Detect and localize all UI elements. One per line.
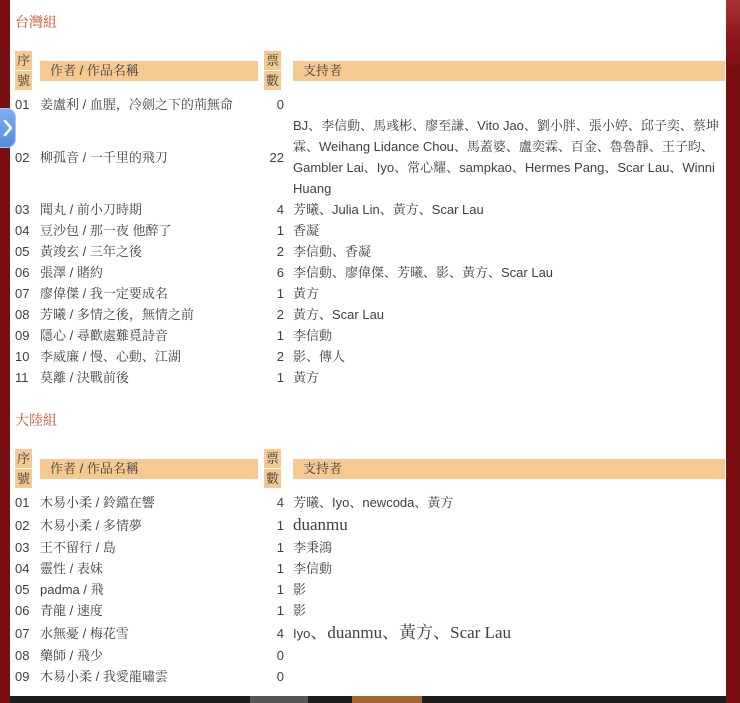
index-header-char: 號 bbox=[15, 469, 32, 488]
row-supporters: 芳曦、Julia Lin、黃方、Scar Lau bbox=[293, 199, 725, 220]
row-vote-count: 2 bbox=[264, 304, 284, 325]
row-vote-count: 4 bbox=[264, 199, 284, 220]
column-header-supporters: 支持者 bbox=[293, 61, 725, 81]
table-row: 06青龍 / 速度1影 bbox=[15, 600, 725, 621]
row-author-work: 木易小柔 / 我愛龍嘯雲 bbox=[40, 666, 264, 687]
row-vote-count: 1 bbox=[264, 600, 284, 621]
row-vote-count: 1 bbox=[264, 515, 284, 536]
column-header-index: 序號 bbox=[15, 449, 40, 489]
table-row: 09木易小柔 / 我愛龍嘯雲0 bbox=[15, 666, 725, 687]
column-header-index: 序號 bbox=[15, 51, 40, 91]
row-author-work: 黃竣玄 / 三年之後 bbox=[40, 241, 264, 262]
votes-header-char: 票 bbox=[264, 449, 281, 468]
row-vote-count: 2 bbox=[264, 241, 284, 262]
row-index: 07 bbox=[15, 623, 40, 644]
table-row: 07廖偉傑 / 我一定要成名1黃方 bbox=[15, 283, 725, 304]
row-author-work: 木易小柔 / 鈴鐺在響 bbox=[40, 492, 264, 513]
supporter-names: Iyo bbox=[293, 626, 310, 641]
row-author-work: 莫離 / 決戰前後 bbox=[40, 367, 264, 388]
row-supporters: Iyo、duanmu、黃方、Scar Lau bbox=[293, 621, 725, 645]
supporter-names: 影、傳人 bbox=[293, 349, 345, 364]
row-index: 10 bbox=[15, 346, 40, 367]
row-index: 01 bbox=[15, 94, 40, 115]
row-supporters: duanmu bbox=[293, 513, 725, 537]
row-author-work: 柳孤音 / 一千里的飛刀 bbox=[40, 147, 264, 168]
supporter-names: 李信動 bbox=[293, 328, 332, 343]
row-supporters: 李信動、香凝 bbox=[293, 241, 725, 262]
bottom-bar-orange-segment bbox=[352, 696, 422, 703]
author-header-bar: 作者 / 作品名稱 bbox=[40, 459, 258, 479]
supporter-names: 芳曦、Julia Lin、黃方、Scar Lau bbox=[293, 202, 484, 217]
row-index: 02 bbox=[15, 515, 40, 536]
supporter-names: 影 bbox=[293, 603, 306, 618]
row-author-work: 聞丸 / 前小刀時期 bbox=[40, 199, 264, 220]
row-index: 07 bbox=[15, 283, 40, 304]
table-row: 03王不留行 / 島1李秉鴻 bbox=[15, 537, 725, 558]
row-author-work: 廖偉傑 / 我一定要成名 bbox=[40, 283, 264, 304]
supporter-names: 香凝 bbox=[293, 223, 319, 238]
row-supporters: 黃方 bbox=[293, 283, 725, 304]
row-index: 06 bbox=[15, 262, 40, 283]
row-vote-count: 1 bbox=[264, 579, 284, 600]
row-vote-count: 6 bbox=[264, 262, 284, 283]
row-vote-count: 1 bbox=[264, 283, 284, 304]
row-index: 01 bbox=[15, 492, 40, 513]
row-author-work: 藥師 / 飛少 bbox=[40, 645, 264, 666]
group-title: 大陸組 bbox=[15, 388, 725, 430]
table-row: 09隱心 / 尋歡處難覓詩音1李信動 bbox=[15, 325, 725, 346]
supporter-names: 黃方 bbox=[293, 286, 319, 301]
row-index: 06 bbox=[15, 600, 40, 621]
row-index: 03 bbox=[15, 199, 40, 220]
supporters-header-bar: 支持者 bbox=[293, 459, 725, 479]
row-supporters: 影 bbox=[293, 600, 725, 621]
row-index: 05 bbox=[15, 241, 40, 262]
supporter-names: 黃方、Scar Lau bbox=[293, 307, 384, 322]
supporter-names: 李信動 bbox=[293, 561, 332, 576]
row-supporters: 黃方、Scar Lau bbox=[293, 304, 725, 325]
row-author-work: 姜盧利 / 血腥，冷劍之下的荊無命 bbox=[40, 94, 264, 115]
table-row: 04豆沙包 / 那一夜 他醉了1香凝 bbox=[15, 220, 725, 241]
table-row: 08芳曦 / 多情之後，無情之前2黃方、Scar Lau bbox=[15, 304, 725, 325]
row-vote-count: 1 bbox=[264, 220, 284, 241]
votes-header-char: 數 bbox=[264, 469, 281, 488]
row-supporters: 黃方 bbox=[293, 367, 725, 388]
row-supporters: 芳曦、Iyo、newcoda、黃方 bbox=[293, 492, 725, 513]
column-header-votes: 票數 bbox=[264, 449, 284, 489]
row-author-work: 靈性 / 表妹 bbox=[40, 558, 264, 579]
row-index: 03 bbox=[15, 537, 40, 558]
votes-header-char: 數 bbox=[264, 71, 281, 90]
row-author-work: 豆沙包 / 那一夜 他醉了 bbox=[40, 220, 264, 241]
index-header-char: 序 bbox=[15, 51, 32, 70]
column-header-author: 作者 / 作品名稱 bbox=[40, 459, 264, 479]
supporter-names: 芳曦、Iyo、newcoda、黃方 bbox=[293, 495, 453, 510]
row-index: 02 bbox=[15, 147, 40, 168]
row-author-work: 木易小柔 / 多情夢 bbox=[40, 515, 264, 536]
row-index: 08 bbox=[15, 645, 40, 666]
author-header-bar: 作者 / 作品名稱 bbox=[40, 61, 258, 81]
sidebar-expand-button[interactable] bbox=[0, 108, 16, 148]
row-index: 04 bbox=[15, 220, 40, 241]
table-row: 04靈性 / 表妹1李信動 bbox=[15, 558, 725, 579]
row-vote-count: 0 bbox=[264, 645, 284, 666]
row-supporters: 李秉鴻 bbox=[293, 537, 725, 558]
table-row: 02柳孤音 / 一千里的飛刀22BJ、李信動、馬彧彬、廖至謙、Vito Jao、… bbox=[15, 115, 725, 199]
bottom-bar bbox=[10, 696, 726, 703]
row-supporters: 李信動 bbox=[293, 325, 725, 346]
row-supporters: 香凝 bbox=[293, 220, 725, 241]
group-title: 台灣組 bbox=[15, 0, 725, 32]
row-vote-count: 2 bbox=[264, 346, 284, 367]
row-supporters: 影、傳人 bbox=[293, 346, 725, 367]
table-row: 01木易小柔 / 鈴鐺在響4芳曦、Iyo、newcoda、黃方 bbox=[15, 492, 725, 513]
row-vote-count: 22 bbox=[264, 147, 284, 168]
row-supporters: 李信動、廖偉傑、芳曦、影、黃方、Scar Lau bbox=[293, 262, 725, 283]
supporter-names: 李信動、廖偉傑、芳曦、影、黃方、Scar Lau bbox=[293, 265, 553, 280]
row-vote-count: 0 bbox=[264, 666, 284, 687]
row-author-work: 李威廉 / 慢、心動、江湖 bbox=[40, 346, 264, 367]
row-author-work: 張澤 / 賭約 bbox=[40, 262, 264, 283]
row-vote-count: 4 bbox=[264, 623, 284, 644]
column-header-votes: 票數 bbox=[264, 51, 284, 91]
supporter-names: 黃方 bbox=[293, 370, 319, 385]
row-index: 09 bbox=[15, 666, 40, 687]
table-row: 06張澤 / 賭約6李信動、廖偉傑、芳曦、影、黃方、Scar Lau bbox=[15, 262, 725, 283]
row-author-work: 王不留行 / 島 bbox=[40, 537, 264, 558]
row-index: 08 bbox=[15, 304, 40, 325]
supporter-names: 李信動、香凝 bbox=[293, 244, 371, 259]
row-author-work: 隱心 / 尋歡處難覓詩音 bbox=[40, 325, 264, 346]
supporter-names: 影 bbox=[293, 582, 306, 597]
table-row: 01姜盧利 / 血腥，冷劍之下的荊無命0 bbox=[15, 94, 725, 115]
row-index: 11 bbox=[15, 367, 40, 388]
row-index: 09 bbox=[15, 325, 40, 346]
supporter-names: duanmu bbox=[293, 515, 348, 534]
row-supporters: 影 bbox=[293, 579, 725, 600]
row-author-work: 水無憂 / 梅花雪 bbox=[40, 623, 264, 644]
row-vote-count: 4 bbox=[264, 492, 284, 513]
column-header-author: 作者 / 作品名稱 bbox=[40, 61, 264, 81]
voting-results-page: 台灣組序號作者 / 作品名稱票數支持者01姜盧利 / 血腥，冷劍之下的荊無命00… bbox=[15, 0, 725, 687]
table-row: 07水無憂 / 梅花雪4Iyo、duanmu、黃方、Scar Lau bbox=[15, 621, 725, 645]
table-row: 05padma / 飛1影 bbox=[15, 579, 725, 600]
table-row: 08藥師 / 飛少0 bbox=[15, 645, 725, 666]
row-index: 04 bbox=[15, 558, 40, 579]
row-vote-count: 1 bbox=[264, 325, 284, 346]
table-header-row: 序號作者 / 作品名稱票數支持者 bbox=[15, 449, 725, 489]
row-author-work: 芳曦 / 多情之後，無情之前 bbox=[40, 304, 264, 325]
row-author-work: 青龍 / 速度 bbox=[40, 600, 264, 621]
row-index: 05 bbox=[15, 579, 40, 600]
supporter-names: BJ、李信動、馬彧彬、廖至謙、Vito Jao、劉小胖、張小婷、邱子奕、蔡坤霖、… bbox=[293, 118, 719, 196]
table-row: 10李威廉 / 慢、心動、江湖2影、傳人 bbox=[15, 346, 725, 367]
left-border-strip bbox=[0, 0, 10, 703]
right-border-strip bbox=[726, 0, 740, 703]
row-vote-count: 0 bbox=[264, 94, 284, 115]
table-row: 03聞丸 / 前小刀時期4芳曦、Julia Lin、黃方、Scar Lau bbox=[15, 199, 725, 220]
table-header-row: 序號作者 / 作品名稱票數支持者 bbox=[15, 51, 725, 91]
supporter-names: 李秉鴻 bbox=[293, 540, 332, 555]
row-vote-count: 1 bbox=[264, 537, 284, 558]
row-supporters: BJ、李信動、馬彧彬、廖至謙、Vito Jao、劉小胖、張小婷、邱子奕、蔡坤霖、… bbox=[293, 115, 725, 199]
index-header-char: 號 bbox=[15, 71, 32, 90]
bottom-bar-gray-segment bbox=[250, 696, 308, 703]
row-vote-count: 1 bbox=[264, 367, 284, 388]
votes-header-char: 票 bbox=[264, 51, 281, 70]
supporters-header-bar: 支持者 bbox=[293, 61, 725, 81]
supporter-names: 、duanmu、黃方、Scar Lau bbox=[310, 623, 511, 642]
column-header-supporters: 支持者 bbox=[293, 459, 725, 479]
table-row: 05黃竣玄 / 三年之後2李信動、香凝 bbox=[15, 241, 725, 262]
row-vote-count: 1 bbox=[264, 558, 284, 579]
table-row: 02木易小柔 / 多情夢1duanmu bbox=[15, 513, 725, 537]
index-header-char: 序 bbox=[15, 449, 32, 468]
row-author-work: padma / 飛 bbox=[40, 579, 264, 600]
row-supporters: 李信動 bbox=[293, 558, 725, 579]
chevron-right-icon bbox=[2, 115, 14, 141]
table-row: 11莫離 / 決戰前後1黃方 bbox=[15, 367, 725, 388]
